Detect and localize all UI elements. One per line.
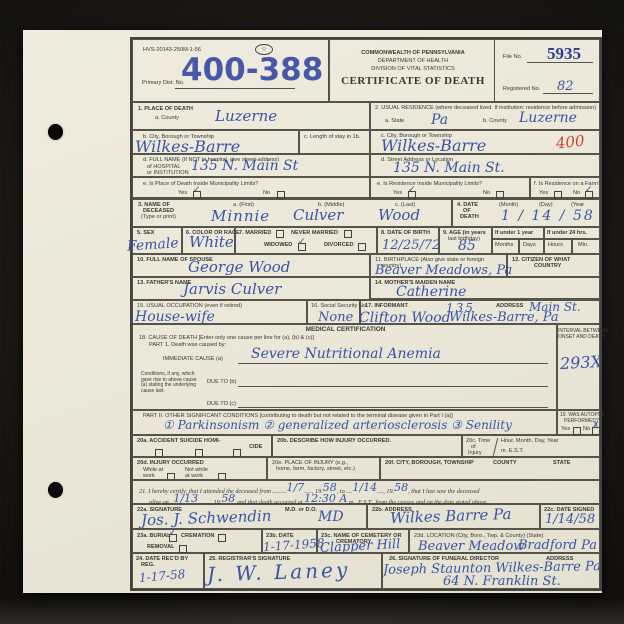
- medical-certification-title: MEDICAL CERTIFICATION: [133, 327, 558, 333]
- accident-checkbox: [155, 449, 163, 457]
- pod-no-checkbox: [277, 191, 285, 199]
- registrar-signature-value: J. W. Laney: [207, 560, 351, 585]
- physician-signature-value: Jos. J. Schwendin: [141, 509, 272, 529]
- place-of-injury-cell: 20e. PLACE OF INJURY (e.g., home, farm, …: [267, 457, 380, 480]
- spouse-value: George Wood: [188, 260, 290, 275]
- disposition-cell: 23a. BURIAL ✓ CREMATION REMOVAL: [132, 529, 262, 553]
- conditions-note: Conditions, if any, which gave rise to a…: [141, 372, 199, 394]
- res-state-value: Pa: [431, 113, 448, 127]
- registrar-signature-cell: 25. REGISTRAR'S SIGNATURE J. W. Laney: [204, 553, 382, 589]
- red-stamp-400: 400: [555, 134, 585, 152]
- race-value: White: [189, 235, 234, 250]
- burial-location-city: Beaver Meadow: [418, 540, 524, 553]
- widowed-checkbox: ✓: [298, 243, 306, 251]
- last-seen-alive-date: 1/13: [173, 492, 198, 505]
- informant-label: 17. INFORMANT: [365, 303, 408, 309]
- registered-no-value: 82: [557, 80, 574, 93]
- dob-label: 8. DATE OF BIRTH: [381, 230, 430, 236]
- org-line-3: DIVISION OF VITAL STATISTICS: [330, 66, 496, 72]
- part1-label: PART 1. Death was caused by:: [149, 342, 226, 348]
- married-checkbox: [276, 230, 284, 238]
- homicide-checkbox: [233, 449, 241, 457]
- pod-institution-cell: d. FULL NAME (If NOT in hospital, give s…: [132, 154, 370, 177]
- removal-checkbox: [179, 545, 187, 553]
- punch-hole-bottom: [48, 482, 63, 498]
- birthplace-cell: 11. BIRTHPLACE (Also give state or forei…: [370, 254, 507, 277]
- date-signed-cell: 22c. DATE SIGNED 1/14/58: [540, 504, 600, 529]
- informant-value: Clifton Wood: [359, 311, 451, 325]
- vignette: [0, 598, 624, 624]
- date-signed-value: 1/14/58: [545, 513, 595, 526]
- photographed-death-certificate: HVS-20143-250M-1-56 ◇ Primary Dist. No. …: [0, 0, 624, 624]
- pod-city-cell: b. City, Borough or Township Wilkes-Barr…: [132, 130, 299, 154]
- suicide-checkbox: [195, 449, 203, 457]
- immediate-cause-value: Severe Nutritional Anemia: [251, 347, 441, 361]
- interval-cell: INTERVAL BETWEEN ONSET AND DEATH 293X: [557, 324, 600, 410]
- part2-value: ① Parkinsonism ② generalized arterioscle…: [163, 419, 512, 431]
- last-seen-alive-year: 58: [221, 492, 235, 505]
- date-received-cell: 24. DATE REC'D BY REG. 1-17-58: [132, 553, 204, 589]
- pod-county-label: a. County: [155, 115, 179, 121]
- res-municipality-cell: e. Is Residence Inside Municipality Limi…: [370, 177, 530, 199]
- md-do-label: M.D. or D.O.: [285, 507, 317, 513]
- burial-location-cell: 23d. LOCATION (City, Boro., Twp. & Count…: [409, 529, 600, 553]
- res-municipality-label: e. Is Residence Inside Municipality Limi…: [377, 181, 482, 187]
- never-married-checkbox: [344, 230, 352, 238]
- res-street-cell: d. Street Address or Location 135 N. Mai…: [370, 154, 600, 177]
- interval-code-value: 293X: [560, 354, 603, 372]
- pod-yes-label: Yes: [178, 190, 187, 196]
- informant-cell: 17. INFORMANT 135 ADDRESS Main St. Clift…: [360, 300, 600, 324]
- res-street-value: 135 N. Main St.: [393, 161, 505, 175]
- res-yes-checkbox: ✓: [408, 191, 416, 199]
- marital-status-cell: 7. MARRIED NEVER MARRIED WIDOWED ✓ DIVOR…: [235, 227, 377, 254]
- residence-state-county-cell: 2. USUAL RESIDENCE (where deceased lived…: [370, 102, 600, 130]
- date-of-birth-cell: 8. DATE OF BIRTH 12/25/72: [377, 227, 439, 254]
- dob-value: 12/25/72: [382, 239, 440, 252]
- sex-cell: 5. SEX Female: [132, 227, 182, 254]
- autopsy-cell: 19. WAS AUTOPSY PERFORMED? Yes No ✗: [557, 410, 600, 435]
- org-line-2: DEPARTMENT OF HEALTH: [330, 58, 496, 64]
- org-line-1: COMMONWEALTH OF PENNSYLVANIA: [330, 50, 496, 56]
- res-state-label: a. State: [385, 118, 404, 124]
- res-county-label: b. County: [483, 118, 507, 124]
- pod-yes-checkbox: ✓: [193, 191, 201, 199]
- cause-label: 18. CAUSE OF DEATH [Enter only one cause…: [139, 335, 314, 341]
- cemetery-cell: 23c. NAME OF CEMETERY OR CREMATORY Clapp…: [317, 529, 409, 553]
- under-24-hrs-header: If under 24 hrs.: [544, 227, 600, 239]
- place-of-death-county-cell: 1. PLACE OF DEATH a. County Luzerne: [132, 102, 370, 130]
- res-county-value: Luzerne: [519, 111, 577, 125]
- header-left-cell: HVS-20143-250M-1-56 ◇ Primary Dist. No. …: [132, 39, 329, 102]
- punch-hole-top: [48, 124, 63, 140]
- immediate-cause-label: IMMEDIATE CAUSE (a): [163, 356, 223, 362]
- res-city-value: Wilkes-Barre: [381, 138, 486, 154]
- father-cell: 13. FATHER'S NAME Jarvis Culver: [132, 277, 370, 300]
- physician-signature-cell: 22a. SIGNATURE M.D. or D.O. Jos. J. Schw…: [132, 504, 367, 529]
- burial-location-state: Bradford Pa: [518, 539, 597, 552]
- spouse-cell: 10. FULL NAME OF SPOUSE George Wood: [132, 254, 370, 277]
- sex-label: 5. SEX: [137, 230, 154, 236]
- hours-cell: Hours: [544, 239, 572, 254]
- physician-address-cell: 22b. ADDRESS Wilkes Barre Pa: [367, 504, 540, 529]
- pod-municipality-cell: e. Is Place of Death Inside Municipality…: [132, 177, 370, 199]
- date-received-value: 1-17-58: [139, 568, 186, 584]
- physician-certify-statement: 21. I hereby certify, that I attended th…: [132, 480, 600, 504]
- cause-of-death-cell: MEDICAL CERTIFICATION 18. CAUSE OF DEATH…: [132, 324, 557, 410]
- ssn-cell: 16. Social Security No. None: [307, 300, 360, 324]
- citizen-cell: 12. CITIZEN OF WHAT COUNTRY: [507, 254, 600, 277]
- under-1-year-header: If under 1 year: [492, 227, 544, 239]
- file-no-label: File No.: [503, 54, 522, 60]
- funeral-director-address-value: 64 N. Franklin St.: [443, 575, 561, 588]
- header-right-cell: File No. 5935 Registered No. 82: [495, 39, 600, 102]
- age-value: 85: [458, 239, 476, 253]
- pod-length-of-stay-cell: c. Length of stay in 1b.: [299, 130, 370, 154]
- date-of-death-value: 1 / 14 / 58: [501, 209, 595, 223]
- ssn-value: None: [318, 311, 353, 324]
- burial-date-value: 1-17-1958: [263, 537, 325, 553]
- header-center-cell: COMMONWEALTH OF PENNSYLVANIA DEPARTMENT …: [329, 39, 495, 102]
- occupation-cell: 15. USUAL OCCUPATION (even if retired) H…: [132, 300, 307, 324]
- funeral-director-cell: 26. SIGNATURE OF FUNERAL DIRECTOR ADDRES…: [382, 553, 600, 589]
- mother-value: Catherine: [396, 285, 466, 299]
- autopsy-no-checkbox: ✗: [592, 427, 600, 435]
- attended-to-year: 58: [394, 481, 408, 494]
- time-of-death-value: 12:30 A: [304, 492, 347, 505]
- date-of-death-cell: 4. DATE OF DEATH (Month) (Day) (Year 1 /…: [452, 199, 600, 227]
- min-cell: Min.: [572, 239, 600, 254]
- cemetery-value: Clapper Hill: [320, 538, 401, 555]
- farm-yes-checkbox: [554, 191, 562, 199]
- attended-from-date: 1/7: [286, 481, 304, 494]
- due-to-b-label: DUE TO (b): [207, 379, 236, 385]
- accident-suicide-homicide-cell: 20a. ACCIDENT SUICIDE HOMI- CIDE: [132, 435, 272, 457]
- occupation-value: House-wife: [135, 310, 215, 324]
- res-farm-cell: f. Is Residence on a Farm? Yes No ✓: [530, 177, 600, 199]
- physician-md-suffix: MD: [318, 510, 344, 524]
- age-cell: 9. AGE (in years last birthday) 85: [439, 227, 492, 254]
- injury-occurred-cell: 20d. INJURY OCCURRED While at work Not w…: [132, 457, 267, 480]
- res-no-checkbox: [496, 191, 504, 199]
- injury-city-county-state-cell: 20f. CITY, BOROUGH, TOWNSHIP COUNTY STAT…: [380, 457, 600, 480]
- pod-county-value: Luzerne: [215, 109, 277, 124]
- pod-institution-value: 135 N. Main St: [191, 159, 298, 173]
- part2-conditions-cell: PART II. OTHER SIGNIFICANT CONDITIONS [c…: [132, 410, 557, 435]
- months-cell: Months: [492, 239, 519, 254]
- due-to-c-label: DUE TO (c): [207, 401, 236, 407]
- pod-stay-label: c. Length of stay in 1b.: [304, 134, 360, 140]
- cremation-checkbox: [218, 534, 226, 542]
- pod-city-value: Wilkes-Barre: [135, 139, 240, 155]
- mother-cell: 14. MOTHER'S MAIDEN NAME Catherine: [370, 277, 600, 300]
- attended-to-date: 1/14: [352, 481, 377, 494]
- place-of-death-title: 1. PLACE OF DEATH: [138, 106, 193, 112]
- primary-dist-stamp: 400-388: [181, 52, 323, 88]
- farm-no-checkbox: ✓: [585, 191, 593, 199]
- first-name-value: Minnie: [211, 209, 270, 224]
- burial-checkbox: ✓: [169, 534, 177, 542]
- res-city-cell: c. City, Borough or Township Wilkes-Barr…: [370, 130, 600, 154]
- primary-dist-label: Primary Dist. No.: [142, 80, 172, 86]
- form-title: CERTIFICATE OF DEATH: [330, 78, 496, 84]
- sex-value: Female: [127, 236, 179, 254]
- middle-name-value: Culver: [293, 208, 343, 223]
- autopsy-yes-checkbox: [573, 427, 581, 435]
- informant-address-city: Wilkes-Barre, Pa: [449, 311, 559, 324]
- days-cell: Days: [519, 239, 544, 254]
- birthplace-value: Beaver Meadows, Pa: [375, 264, 512, 277]
- physician-address-value: Wilkes Barre Pa: [390, 507, 512, 526]
- time-of-injury-cell: 20c. Time of Injury Hour, Month, Day, Ye…: [462, 435, 600, 457]
- father-value: Jarvis Culver: [183, 282, 281, 297]
- name-of-deceased-cell: 3. NAME OF DECEASED (Type or print) a. (…: [132, 199, 452, 227]
- registered-no-label: Registered No.: [503, 86, 540, 92]
- last-name-value: Wood: [378, 208, 420, 223]
- certificate-paper: HVS-20143-250M-1-56 ◇ Primary Dist. No. …: [23, 30, 602, 593]
- pod-no-label: No: [263, 190, 270, 196]
- how-injury-occurred-cell: 20b. DESCRIBE HOW INJURY OCCURRED.: [272, 435, 462, 457]
- color-or-race-cell: 6. COLOR OR RACE White: [182, 227, 235, 254]
- file-no-value: 5935: [547, 44, 581, 64]
- informant-address-label: ADDRESS: [496, 303, 523, 309]
- pod-municipality-label: e. Is Place of Death Inside Municipality…: [143, 181, 258, 187]
- certificate-form: HVS-20143-250M-1-56 ◇ Primary Dist. No. …: [130, 37, 602, 591]
- divorced-checkbox: [358, 243, 366, 251]
- burial-date-cell: 23b. DATE 1-17-1958: [262, 529, 317, 553]
